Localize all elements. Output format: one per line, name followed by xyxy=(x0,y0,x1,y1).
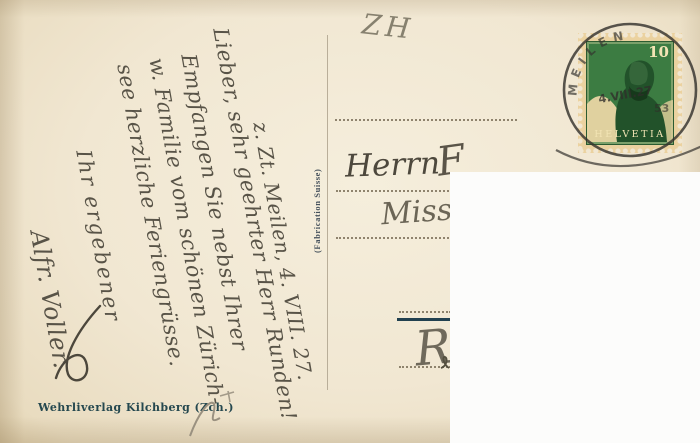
address-rule xyxy=(336,190,452,192)
address-rule xyxy=(335,119,517,121)
svg-text:MEILEN: MEILEN xyxy=(565,28,630,97)
postmark-digits: 53 xyxy=(654,102,669,115)
privacy-overlay xyxy=(450,172,700,443)
message-address-divider xyxy=(327,35,328,390)
fabrication-imprint: (Fabrication Suisse) xyxy=(312,169,322,254)
postmark-date: 4.VIII.27 xyxy=(597,83,653,106)
signature-flourish xyxy=(48,300,118,395)
address-rule xyxy=(399,311,451,313)
address-rule xyxy=(336,237,453,239)
postcard-back: ZH (Fabrication Suisse) z. Zt. Meilen, 4… xyxy=(0,0,700,443)
address-title: Herrn xyxy=(344,145,440,184)
postmark-town: MEILEN xyxy=(565,28,630,97)
pencil-squiggle xyxy=(180,388,242,440)
pencil-note-zh: ZH xyxy=(360,7,415,45)
postmark: MEILEN 4.VIII.27 53 xyxy=(548,12,700,192)
message-closing: Ihr ergebener xyxy=(71,148,125,324)
